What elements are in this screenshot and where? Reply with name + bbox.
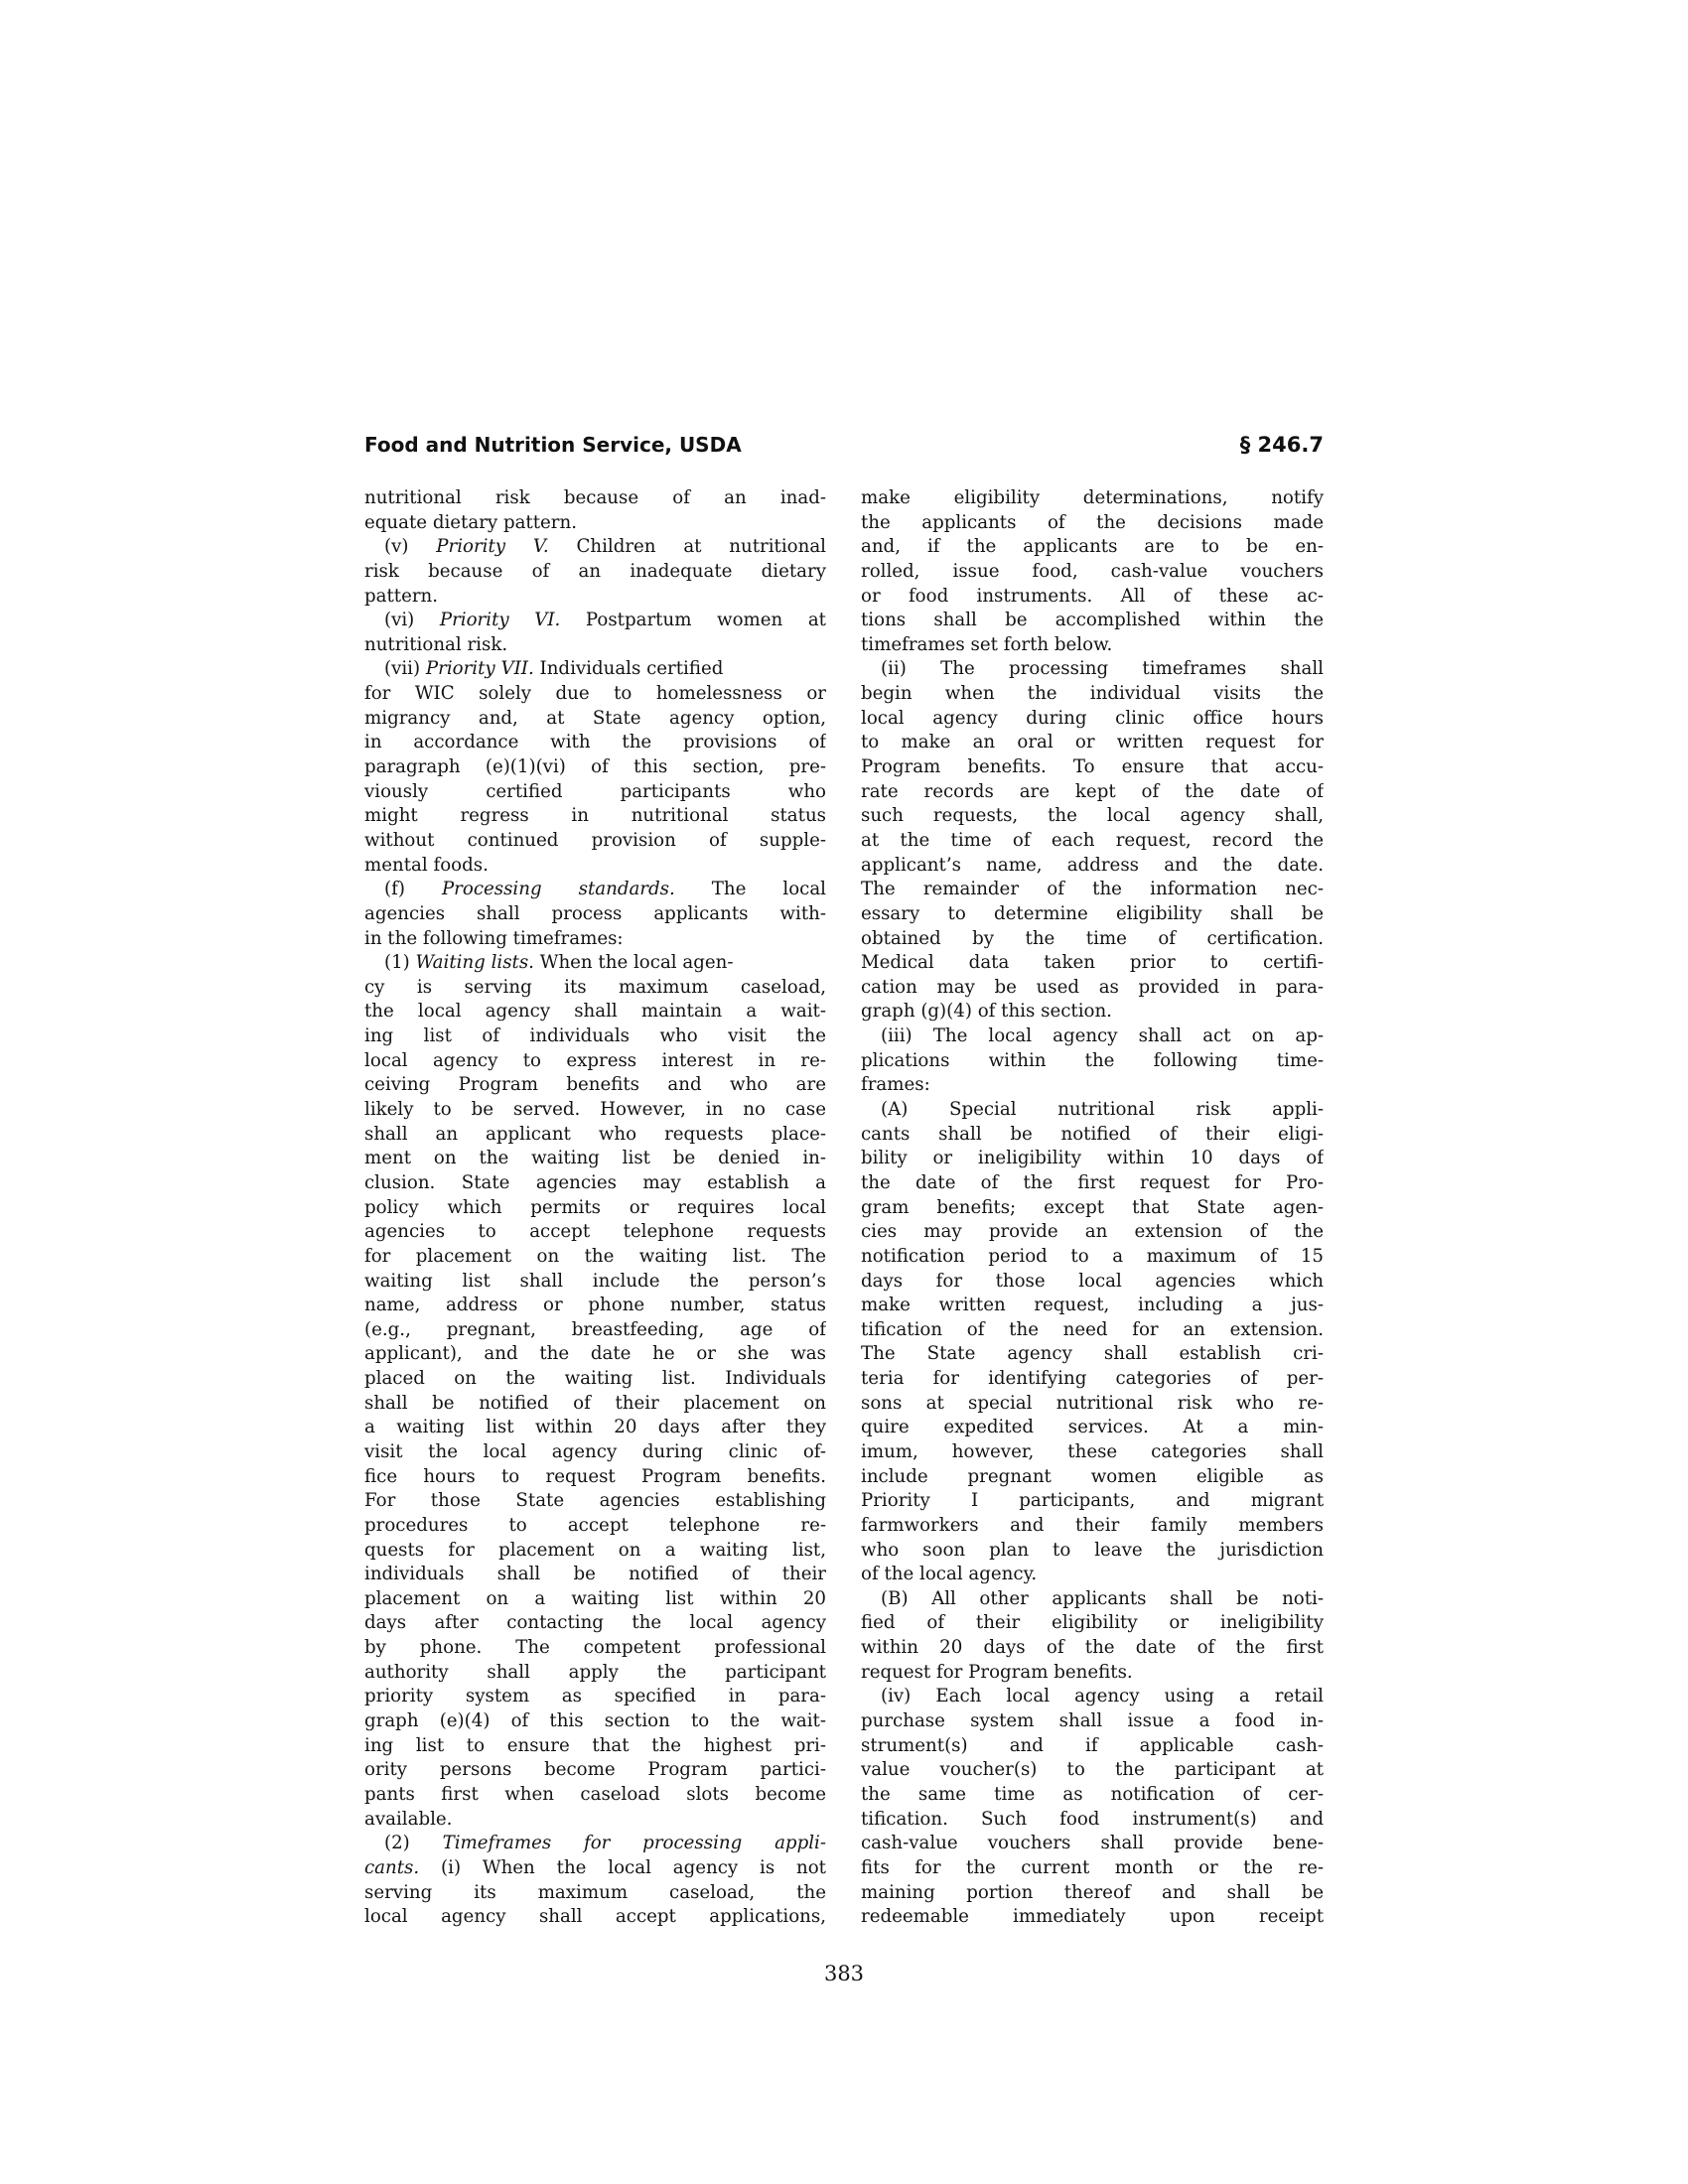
- text-line: (v) Priority V. Children at nutritional: [364, 535, 826, 560]
- line-text: (i) When the local agency is not: [419, 1857, 826, 1878]
- text-line: Priority I participants, and migrant: [861, 1489, 1324, 1514]
- text-line: value voucher(s) to the participant at: [861, 1758, 1324, 1783]
- text-line: name, address or phone number, status: [364, 1294, 826, 1318]
- line-text: The local: [675, 879, 826, 899]
- text-line: mental foods.: [364, 854, 826, 879]
- text-line: a waiting list within 20 days after they: [364, 1416, 826, 1440]
- text-line: farmworkers and their family members: [861, 1514, 1324, 1539]
- text-line: (f) Processing standards. The local: [364, 878, 826, 902]
- text-line: pants first when caseload slots become: [364, 1783, 826, 1808]
- text-line: cants shall be notified of their eligi-: [861, 1123, 1324, 1148]
- text-line: risk because of an inadequate dietary: [364, 560, 826, 585]
- line-text: Postpartum women at: [560, 610, 826, 630]
- text-line: essary to determine eligibility shall be: [861, 902, 1324, 927]
- text-line: nutritional risk.: [364, 633, 826, 658]
- text-line: paragraph (e)(1)(vi) of this section, pr…: [364, 755, 826, 780]
- text-line: bility or ineligibility within 10 days o…: [861, 1147, 1324, 1171]
- text-line: in the following timeframes:: [364, 927, 826, 952]
- paragraph-label: (1): [384, 952, 416, 973]
- text-line: authority shall apply the participant: [364, 1661, 826, 1686]
- paragraph-label: (2): [384, 1833, 443, 1853]
- text-line: applicant), and the date he or she was: [364, 1342, 826, 1367]
- text-line: (vii) Priority VII. Individuals certifie…: [364, 657, 826, 682]
- document-page: Food and Nutrition Service, USDA § 246.7…: [0, 0, 1688, 2184]
- text-line: begin when the individual visits the: [861, 682, 1324, 707]
- text-line: of the local agency.: [861, 1563, 1324, 1587]
- text-line: fied of their eligibility or ineligibili…: [861, 1611, 1324, 1636]
- text-line: (A) Special nutritional risk appli-: [861, 1098, 1324, 1123]
- text-line: plications within the following time-: [861, 1049, 1324, 1074]
- text-line: (ii) The processing timeframes shall: [861, 657, 1324, 682]
- text-line: (e.g., pregnant, breastfeeding, age of: [364, 1318, 826, 1343]
- paragraph-label: (vi): [384, 610, 440, 630]
- right-column: make eligibility determinations, notifyt…: [861, 486, 1324, 1930]
- text-line: waiting list shall include the person’s: [364, 1270, 826, 1295]
- text-line: strument(s) and if applicable cash-: [861, 1734, 1324, 1759]
- text-line: rate records are kept of the date of: [861, 780, 1324, 805]
- text-line: frames:: [861, 1073, 1324, 1098]
- text-line: policy which permits or requires local: [364, 1196, 826, 1221]
- text-line: (iii) The local agency shall act on ap-: [861, 1024, 1324, 1049]
- text-line: agencies shall process applicants with-: [364, 902, 826, 927]
- text-line: or food instruments. All of these ac-: [861, 585, 1324, 610]
- running-head: Food and Nutrition Service, USDA § 246.7: [364, 433, 1324, 463]
- text-line: at the time of each request, record the: [861, 829, 1324, 854]
- text-line: ority persons become Program partici-: [364, 1758, 826, 1783]
- text-line: redeemable immediately upon receipt: [861, 1905, 1324, 1930]
- text-line: The remainder of the information nec-: [861, 878, 1324, 902]
- paragraph-heading: Processing standards.: [442, 879, 675, 899]
- text-line: available.: [364, 1808, 826, 1833]
- text-line: in accordance with the provisions of: [364, 731, 826, 755]
- text-line: make written request, including a jus-: [861, 1294, 1324, 1318]
- text-line: (2) Timeframes for processing appli-: [364, 1832, 826, 1856]
- text-line: notification period to a maximum of 15: [861, 1245, 1324, 1270]
- text-line: the applicants of the decisions made: [861, 511, 1324, 536]
- left-column: nutritional risk because of an inad-equa…: [364, 486, 826, 1930]
- text-line: within 20 days of the date of the first: [861, 1636, 1324, 1661]
- paragraph-heading: Timeframes for processing appli-: [443, 1833, 826, 1853]
- text-line: purchase system shall issue a food in-: [861, 1709, 1324, 1734]
- text-line: migrancy and, at State agency option,: [364, 707, 826, 732]
- text-line: fits for the current month or the re-: [861, 1856, 1324, 1881]
- text-line: ceiving Program benefits and who are: [364, 1073, 826, 1098]
- text-line: ing list to ensure that the highest pri-: [364, 1734, 826, 1759]
- paragraph-heading: Priority V.: [436, 536, 548, 557]
- text-line: viously certified participants who: [364, 780, 826, 805]
- text-line: gram benefits; except that State agen-: [861, 1196, 1324, 1221]
- text-line: who soon plan to leave the jurisdiction: [861, 1539, 1324, 1564]
- text-line: for WIC solely due to homelessness or: [364, 682, 826, 707]
- text-line: priority system as specified in para-: [364, 1685, 826, 1709]
- text-line: placed on the waiting list. Individuals: [364, 1367, 826, 1392]
- text-line: placement on a waiting list within 20: [364, 1587, 826, 1612]
- text-line: ing list of individuals who visit the: [364, 1024, 826, 1049]
- text-line: days after contacting the local agency: [364, 1611, 826, 1636]
- text-line: by phone. The competent professional: [364, 1636, 826, 1661]
- text-line: visit the local agency during clinic of-: [364, 1440, 826, 1465]
- text-line: imum, however, these categories shall: [861, 1440, 1324, 1465]
- paragraph-heading: Priority VII.: [426, 658, 534, 679]
- text-line: procedures to accept telephone re-: [364, 1514, 826, 1539]
- text-line: tions shall be accomplished within the: [861, 609, 1324, 633]
- text-line: cation may be used as provided in para-: [861, 976, 1324, 1001]
- text-line: likely to be served. However, in no case: [364, 1098, 826, 1123]
- text-line: (B) All other applicants shall be noti-: [861, 1587, 1324, 1612]
- text-line: shall an applicant who requests place-: [364, 1123, 826, 1148]
- text-line: without continued provision of supple-: [364, 829, 826, 854]
- text-line: nutritional risk because of an inad-: [364, 486, 826, 511]
- text-line: teria for identifying categories of per-: [861, 1367, 1324, 1392]
- text-line: equate dietary pattern.: [364, 511, 826, 536]
- text-line: sons at special nutritional risk who re-: [861, 1392, 1324, 1417]
- text-line: to make an oral or written request for: [861, 731, 1324, 755]
- text-line: applicant’s name, address and the date.: [861, 854, 1324, 879]
- page-number: 383: [0, 1962, 1688, 1985]
- text-line: (iv) Each local agency using a retail: [861, 1685, 1324, 1709]
- text-line: For those State agencies establishing: [364, 1489, 826, 1514]
- text-line: for placement on the waiting list. The: [364, 1245, 826, 1270]
- text-line: The State agency shall establish cri-: [861, 1342, 1324, 1367]
- text-line: local agency to express interest in re-: [364, 1049, 826, 1074]
- text-line: might regress in nutritional status: [364, 804, 826, 829]
- text-line: individuals shall be notified of their: [364, 1563, 826, 1587]
- text-line: the same time as notification of cer-: [861, 1783, 1324, 1808]
- text-line: request for Program benefits.: [861, 1661, 1324, 1686]
- text-line: graph (e)(4) of this section to the wait…: [364, 1709, 826, 1734]
- text-line: cy is serving its maximum caseload,: [364, 976, 826, 1001]
- line-text: Individuals certified: [534, 658, 724, 679]
- text-line: rolled, issue food, cash-value vouchers: [861, 560, 1324, 585]
- paragraph-heading: cants.: [364, 1857, 419, 1878]
- text-line: include pregnant women eligible as: [861, 1465, 1324, 1490]
- paragraph-heading: Waiting lists.: [416, 952, 534, 973]
- text-line: tification of the need for an extension.: [861, 1318, 1324, 1343]
- text-line: (vi) Priority VI. Postpartum women at: [364, 609, 826, 633]
- text-line: cants. (i) When the local agency is not: [364, 1856, 826, 1881]
- text-line: pattern.: [364, 585, 826, 610]
- text-line: the local agency shall maintain a wait-: [364, 1000, 826, 1024]
- text-line: and, if the applicants are to be en-: [861, 535, 1324, 560]
- text-line: days for those local agencies which: [861, 1270, 1324, 1295]
- agency-title: Food and Nutrition Service, USDA: [364, 433, 742, 457]
- text-line: local agency during clinic office hours: [861, 707, 1324, 732]
- text-line: (1) Waiting lists. When the local agen-: [364, 951, 826, 976]
- text-line: clusion. State agencies may establish a: [364, 1171, 826, 1196]
- text-line: quests for placement on a waiting list,: [364, 1539, 826, 1564]
- text-line: timeframes set forth below.: [861, 633, 1324, 658]
- text-line: make eligibility determinations, notify: [861, 486, 1324, 511]
- text-line: Program benefits. To ensure that accu-: [861, 755, 1324, 780]
- text-line: agencies to accept telephone requests: [364, 1220, 826, 1245]
- paragraph-label: (v): [384, 536, 436, 557]
- text-line: such requests, the local agency shall,: [861, 804, 1324, 829]
- text-line: serving its maximum caseload, the: [364, 1881, 826, 1906]
- paragraph-heading: Priority VI.: [440, 610, 560, 630]
- line-text: Children at nutritional: [549, 536, 826, 557]
- text-line: quire expedited services. At a min-: [861, 1416, 1324, 1440]
- text-line: graph (g)(4) of this section.: [861, 1000, 1324, 1024]
- text-line: fice hours to request Program benefits.: [364, 1465, 826, 1490]
- text-line: ment on the waiting list be denied in-: [364, 1147, 826, 1171]
- paragraph-label: (f): [384, 879, 442, 899]
- line-text: When the local agen-: [534, 952, 734, 973]
- text-line: cies may provide an extension of the: [861, 1220, 1324, 1245]
- text-line: local agency shall accept applications,: [364, 1905, 826, 1930]
- paragraph-label: (vii): [384, 658, 426, 679]
- text-line: tification. Such food instrument(s) and: [861, 1808, 1324, 1833]
- text-line: the date of the first request for Pro-: [861, 1171, 1324, 1196]
- text-line: obtained by the time of certification.: [861, 927, 1324, 952]
- text-line: cash-value vouchers shall provide bene-: [861, 1832, 1324, 1856]
- text-line: shall be notified of their placement on: [364, 1392, 826, 1417]
- section-number: § 246.7: [1240, 433, 1324, 457]
- text-line: Medical data taken prior to certifi-: [861, 951, 1324, 976]
- text-line: maining portion thereof and shall be: [861, 1881, 1324, 1906]
